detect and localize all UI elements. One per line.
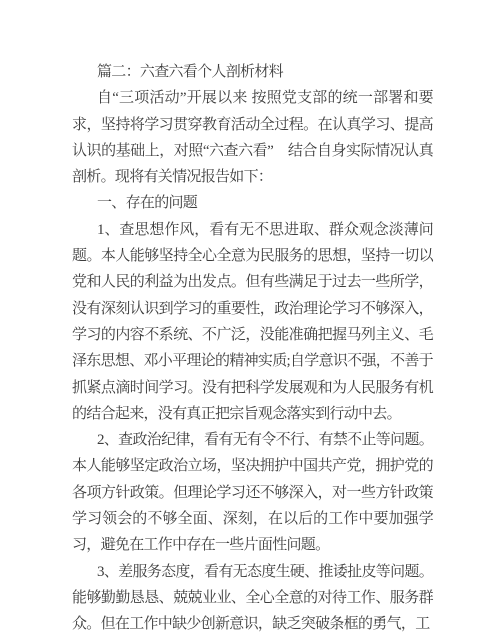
paragraph-intro: 自“三项活动”开展以来 按照党支部的统一部署和要求，坚持将学习贯穿教育活动全过程… bbox=[72, 85, 433, 190]
section-heading-existing-problems: 一、存在的问题 bbox=[72, 190, 433, 216]
paragraph-item-2-political-discipline: 2、查政治纪律，看有无有令不行、有禁不止等问题。本人能够坚定政治立场，坚决拥护中… bbox=[72, 427, 433, 558]
document-title: 篇二：六查六看个人剖析材料 bbox=[72, 59, 433, 85]
document-page: 篇二：六查六看个人剖析材料 自“三项活动”开展以来 按照党支部的统一部署和要求，… bbox=[0, 0, 500, 637]
paragraph-item-3-service-attitude: 3、差服务态度，看有无态度生硬、推诿扯皮等问题。能够勤勤恳恳、兢兢业业、全心全意… bbox=[72, 559, 433, 637]
paragraph-item-1-thought-style: 1、查思想作风，看有无不思进取、群众观念淡薄问题。本人能够坚持全心全意为民服务的… bbox=[72, 217, 433, 427]
document-text-area: 篇二：六查六看个人剖析材料 自“三项活动”开展以来 按照党支部的统一部署和要求，… bbox=[72, 59, 433, 637]
